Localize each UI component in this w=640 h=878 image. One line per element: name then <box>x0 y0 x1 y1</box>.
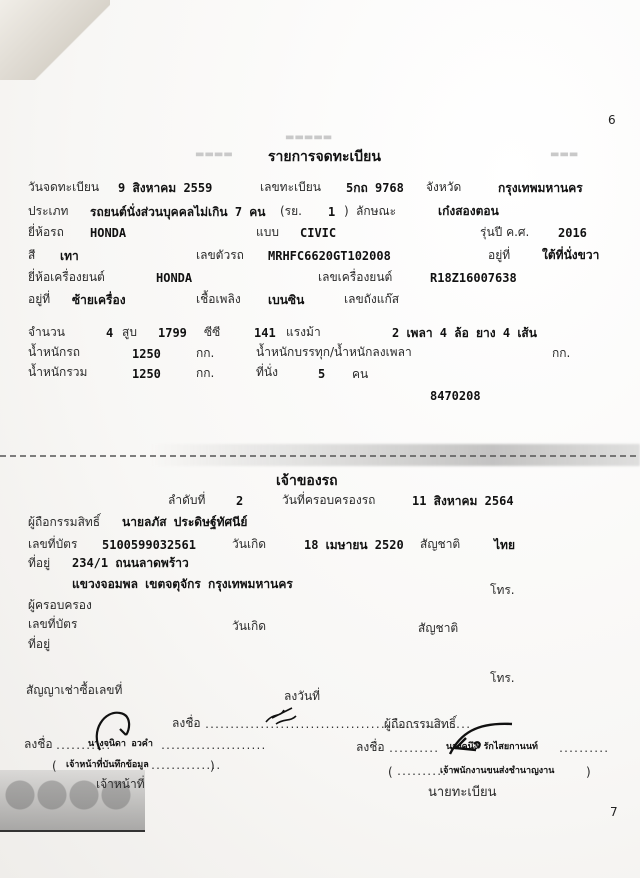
possession-date-label: วันที่ครอบครองรถ <box>282 494 375 506</box>
style-value: เก๋งสองตอน <box>438 205 499 217</box>
fuel-label: เชื้อเพลิง <box>196 293 241 305</box>
vin-value: MRHFC6620GT102008 <box>268 250 391 262</box>
gas-tank-label: เลขถังแก๊ส <box>344 293 399 305</box>
cylinder-count-value: 4 <box>106 327 113 339</box>
seats-unit: คน <box>352 368 368 380</box>
gross-weight-value: 1250 <box>132 368 161 380</box>
officer-sign-line-end: ..................... <box>160 742 265 752</box>
page-number-bottom: 7 <box>610 806 618 818</box>
document-page: 6 ▬▬▬▬▬ ▬▬▬▬ ▬▬▬ รายการจดทะเบียน วันจดทะ… <box>0 0 640 878</box>
registrar-position: เจ้าพนักงานขนส่งชำนาญงาน <box>440 767 554 776</box>
registration-section-title: รายการจดทะเบียน <box>268 150 381 164</box>
holder-id-value: 5100599032561 <box>102 539 196 551</box>
cylinder-unit: สูบ <box>122 326 137 338</box>
horsepower-unit: แรงม้า <box>286 326 321 338</box>
possessor-id-label: เลขที่บัตร <box>28 618 77 630</box>
engine-location-value: ซ้ายเครื่อง <box>72 294 126 306</box>
possessor-label: ผู้ครอบครอง <box>28 599 92 611</box>
registrar-sign-line-end: .......... <box>558 745 608 755</box>
bleed-through-text: ▬▬▬▬▬ <box>285 132 332 143</box>
holder-phone-label: โทร. <box>490 584 515 596</box>
registrar-position-open: ( <box>388 766 393 778</box>
holder-birth-label: วันเกิด <box>232 538 266 550</box>
type-code-close: ) <box>344 205 349 217</box>
seats-label: ที่นั่ง <box>256 366 278 378</box>
officer-role-label: เจ้าหน้าที่ <box>96 778 145 790</box>
possession-date-value: 11 สิงหาคม 2564 <box>412 495 514 507</box>
reference-number: 8470208 <box>430 390 481 402</box>
engine-brand-value: HONDA <box>156 272 192 284</box>
axle-wheel-tire-value: 2 เพลา 4 ล้อ ยาง 4 เส้น <box>392 327 537 339</box>
horsepower-value: 141 <box>254 327 276 339</box>
brand-value: HONDA <box>90 227 126 239</box>
registrar-position-close: ) <box>586 766 591 778</box>
holder-nationality-value: ไทย <box>494 539 515 551</box>
type-code-open: (รย. <box>280 205 302 217</box>
officer-position: เจ้าหน้าที่บันทึกข้อมูล <box>66 761 149 770</box>
load-weight-unit: กก. <box>552 347 570 359</box>
owner-order-value: 2 <box>236 495 243 507</box>
fuel-value: เบนซิน <box>268 294 304 306</box>
model-label: แบบ <box>256 226 279 238</box>
holder-address-line1: 234/1 ถนนลาดพร้าว <box>72 557 189 569</box>
vin-label: เลขตัวรถ <box>196 249 244 261</box>
cc-unit: ซีซี <box>204 326 220 338</box>
load-weight-label: น้ำหนักบรรทุก/น้ำหนักลงเพลา <box>256 346 412 358</box>
engine-brand-label: ยี่ห้อเครื่องยนต์ <box>28 271 105 283</box>
page-number-top: 6 <box>608 114 616 126</box>
vehicle-weight-label: น้ำหนักรถ <box>28 346 80 358</box>
sign-date-label: ลงวันที่ <box>284 690 320 702</box>
holder-address-line2: แขวงจอมพล เขตจตุจักร กรุงเทพมหานคร <box>72 578 293 590</box>
gross-weight-unit: กก. <box>196 367 214 379</box>
province-value: กรุงเทพมหานคร <box>498 182 583 194</box>
holder-sign-label: ลงชื่อ <box>172 717 201 729</box>
year-value: 2016 <box>558 227 587 239</box>
contract-number-label: สัญญาเช่าซื้อเลขที่ <box>26 684 122 696</box>
officer-position-close: ) <box>210 760 215 772</box>
registrar-role-label: นายทะเบียน <box>428 786 497 799</box>
holder-address-label: ที่อยู่ <box>28 557 50 569</box>
brand-label: ยี่ห้อรถ <box>28 226 64 238</box>
engine-no-label: เลขเครื่องยนต์ <box>318 271 392 283</box>
seats-value: 5 <box>318 368 325 380</box>
perforation-divider <box>0 455 640 457</box>
holder-label: ผู้ถือกรรมสิทธิ์ <box>28 516 100 528</box>
cylinder-count-label: จำนวน <box>28 326 65 338</box>
holder-role-label: ผู้ถือกรรมสิทธิ์ <box>384 718 456 730</box>
plate-label: เลขทะเบียน <box>260 181 321 193</box>
registrar-sign-label: ลงชื่อ <box>356 741 385 753</box>
type-value: รถยนต์นั่งส่วนบุคคลไม่เกิน 7 คน <box>90 206 266 218</box>
year-label: รุ่นปี ค.ศ. <box>480 226 529 238</box>
possessor-phone-label: โทร. <box>490 672 515 684</box>
province-label: จังหวัด <box>426 181 461 193</box>
possessor-birth-label: วันเกิด <box>232 620 266 632</box>
bleed-through-text: ▬▬▬▬ <box>195 149 233 160</box>
registration-date-label: วันจดทะเบียน <box>28 181 99 193</box>
vin-location-value: ใต้ที่นั่งขวา <box>542 249 599 261</box>
cc-value: 1799 <box>158 327 187 339</box>
type-code-value: 1 <box>328 206 335 218</box>
model-value: CIVIC <box>300 227 336 239</box>
owner-section-title: เจ้าของรถ <box>276 474 338 488</box>
plate-value: 5กถ 9768 <box>346 182 404 194</box>
color-label: สี <box>28 249 35 261</box>
holder-birth-value: 18 เมษายน 2520 <box>304 539 404 551</box>
possessor-nationality-label: สัญชาติ <box>418 622 458 634</box>
registration-date-value: 9 สิงหาคม 2559 <box>118 182 212 194</box>
officer-name: นางจนิดา อวคำ <box>88 740 153 749</box>
bleed-through-text: ▬▬▬ <box>550 149 578 160</box>
vin-location-label: อยู่ที่ <box>488 249 510 261</box>
color-value: เทา <box>60 250 79 262</box>
engine-location-label: อยู่ที่ <box>28 293 50 305</box>
registrar-sign-line: .......... <box>388 745 438 755</box>
vehicle-weight-unit: กก. <box>196 347 214 359</box>
gross-weight-label: น้ำหนักรวม <box>28 366 87 378</box>
type-label: ประเภท <box>28 205 68 217</box>
style-label: ลักษณะ <box>356 205 396 217</box>
holder-id-label: เลขที่บัตร <box>28 538 77 550</box>
engine-no-value: R18Z16007638 <box>430 272 517 284</box>
holder-name: นายลภัส ประดิษฐ์ทัศนีย์ <box>122 516 247 528</box>
officer-sign-label: ลงชื่อ <box>24 738 53 750</box>
holder-nationality-label: สัญชาติ <box>420 538 460 550</box>
possessor-address-label: ที่อยู่ <box>28 638 50 650</box>
folded-corner <box>0 0 110 80</box>
registrar-position-dots: .......... <box>396 768 446 778</box>
owner-order-label: ลำดับที่ <box>168 494 205 506</box>
registrar-name: นางคนึง รักไสยกานนท์ <box>446 743 538 752</box>
vehicle-weight-value: 1250 <box>132 348 161 360</box>
